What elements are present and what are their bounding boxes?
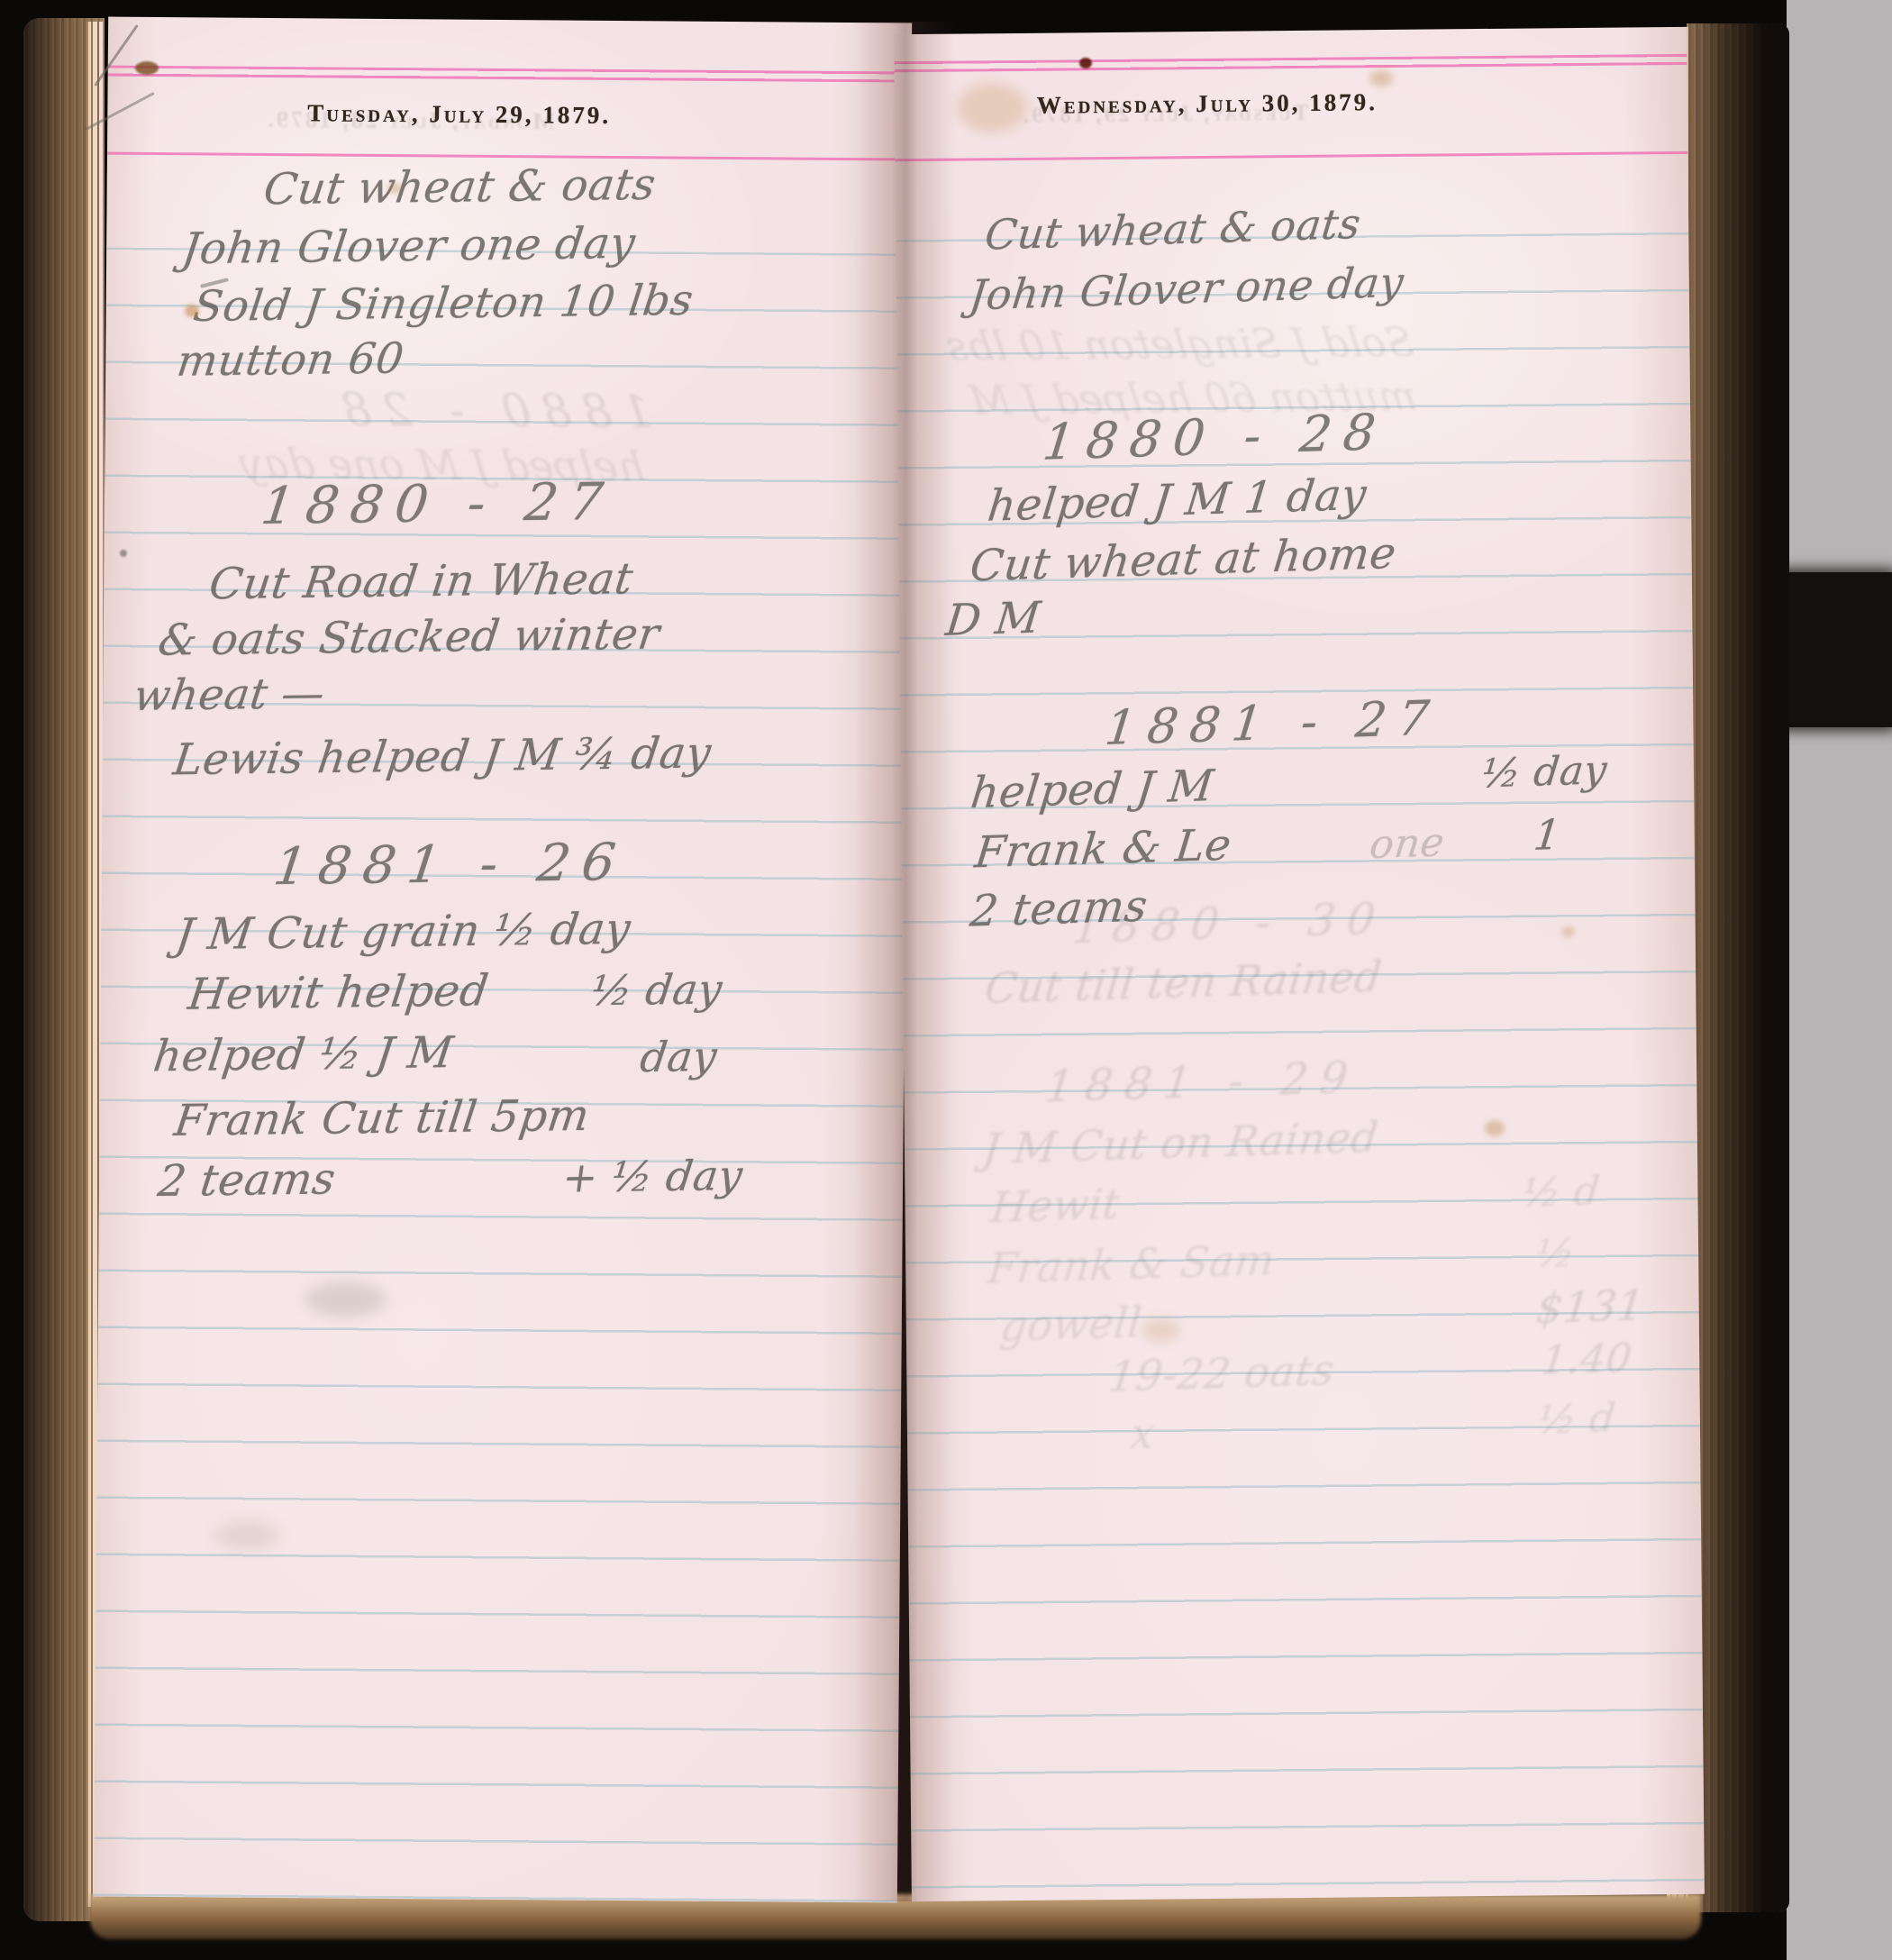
handwriting-line: gowell (998, 1298, 1144, 1351)
handwritten-entries-right: Cut wheat & oatsJohn Glover one daySold … (894, 27, 1687, 34)
handwriting-line: ½ day (588, 964, 725, 1015)
handwriting-line: J M Cut grain ½ day (173, 904, 633, 961)
top-double-rule-right (894, 54, 1687, 72)
handwriting-line: 1880 - 30 (1070, 893, 1389, 953)
header-rule-right (895, 151, 1687, 161)
handwriting-line: Cut Road in Wheat (206, 553, 636, 609)
stain (957, 83, 1027, 132)
handwriting-line: Cut till ten Rained (983, 953, 1385, 1013)
handwriting-line: ½ d (1535, 1395, 1618, 1444)
handwritten-entries-left: Cut wheat & oatsJohn Glover one daySold … (108, 17, 912, 23)
handwriting-line: helped J M 1 day (985, 469, 1369, 532)
handwriting-line: Frank & Sam (986, 1235, 1278, 1293)
handwriting-line: 1 (1532, 810, 1564, 860)
scanner-background (1787, 0, 1892, 1960)
stain (135, 61, 159, 75)
handwriting-line: 1880 - 28 (327, 383, 655, 438)
stain (185, 305, 199, 317)
handwriting-line: Hewit (988, 1179, 1123, 1231)
handwriting-line: ½ d (1520, 1168, 1603, 1217)
handwriting-line: 1881 - 26 (270, 833, 631, 897)
handwriting-line: ½ day (1479, 747, 1609, 797)
handwriting-line: Cut wheat at home (968, 528, 1398, 591)
date-header-left: Tuesday, July 29, 1879. (307, 99, 611, 130)
stain (120, 550, 127, 557)
handwriting-line: 19-22 oats (1106, 1345, 1337, 1401)
handwriting-line: John Glover one day (179, 218, 639, 274)
scanned-diary-spread: Monday, July 28, 1879. Tuesday, July 29,… (0, 0, 1892, 1960)
handwriting-line: ½ (1533, 1230, 1578, 1277)
handwriting-line: + ½ day (559, 1151, 745, 1202)
stain (1369, 70, 1393, 87)
handwriting-line: one (1368, 820, 1447, 869)
stain (387, 183, 402, 194)
stain (1485, 1120, 1505, 1136)
handwriting-line: 2 teams (155, 1154, 338, 1207)
top-double-rule-left (108, 66, 912, 83)
handwriting-line: Cut wheat & oats (983, 199, 1363, 260)
handwriting-line: 1881 - 27 (1103, 691, 1444, 756)
handwriting-line: $131 (1534, 1281, 1647, 1333)
handwriting-line: 1881 - 29 (1043, 1053, 1362, 1113)
handwriting-line: day (638, 1032, 720, 1081)
handwriting-line: Hewit helped (186, 965, 492, 1019)
handwriting-line: John Glover one day (967, 258, 1406, 320)
handwriting-line: 1.40 (1539, 1335, 1634, 1383)
gutter-shadow (853, 22, 954, 1901)
handwriting-line: & oats Stacked winter (155, 609, 662, 666)
handwriting-line: Frank & Le (972, 820, 1233, 879)
handwriting-line: Cut wheat & oats (261, 160, 659, 215)
stain (305, 1281, 387, 1317)
handwriting-line: Frank Cut till 5pm (171, 1090, 592, 1146)
handwriting-line: helped J M one day (237, 440, 647, 491)
handwriting-line: wheat — (131, 669, 327, 721)
handwriting-line: Lewis helped J M ¾ day (170, 728, 714, 786)
handwriting-line: mutton 60 (174, 334, 406, 387)
stain (1142, 1318, 1180, 1342)
handwriting-line: Sold J Singleton 10 lbs (943, 320, 1417, 370)
handwriting-line: helped ½ J M (150, 1027, 456, 1081)
handwriting-line: helped J M (969, 761, 1216, 818)
stain (214, 1521, 279, 1550)
stain (1079, 58, 1092, 68)
left-page: Monday, July 28, 1879. Tuesday, July 29,… (94, 17, 912, 1903)
handwriting-line: 1880 - 28 (1040, 403, 1389, 471)
handwriting-line: J M Cut on Rained (980, 1113, 1380, 1173)
date-header-right: Wednesday, July 30, 1879. (1037, 88, 1378, 120)
handwriting-line: D M (943, 593, 1043, 646)
right-page: Tuesday, July 29, 1879. Wednesday, July … (894, 27, 1705, 1901)
stain (1561, 926, 1575, 937)
handwriting-line: Sold J Singleton 10 lbs (190, 276, 696, 332)
header-rule-left (107, 152, 911, 161)
handwriting-line: x (1128, 1408, 1157, 1458)
